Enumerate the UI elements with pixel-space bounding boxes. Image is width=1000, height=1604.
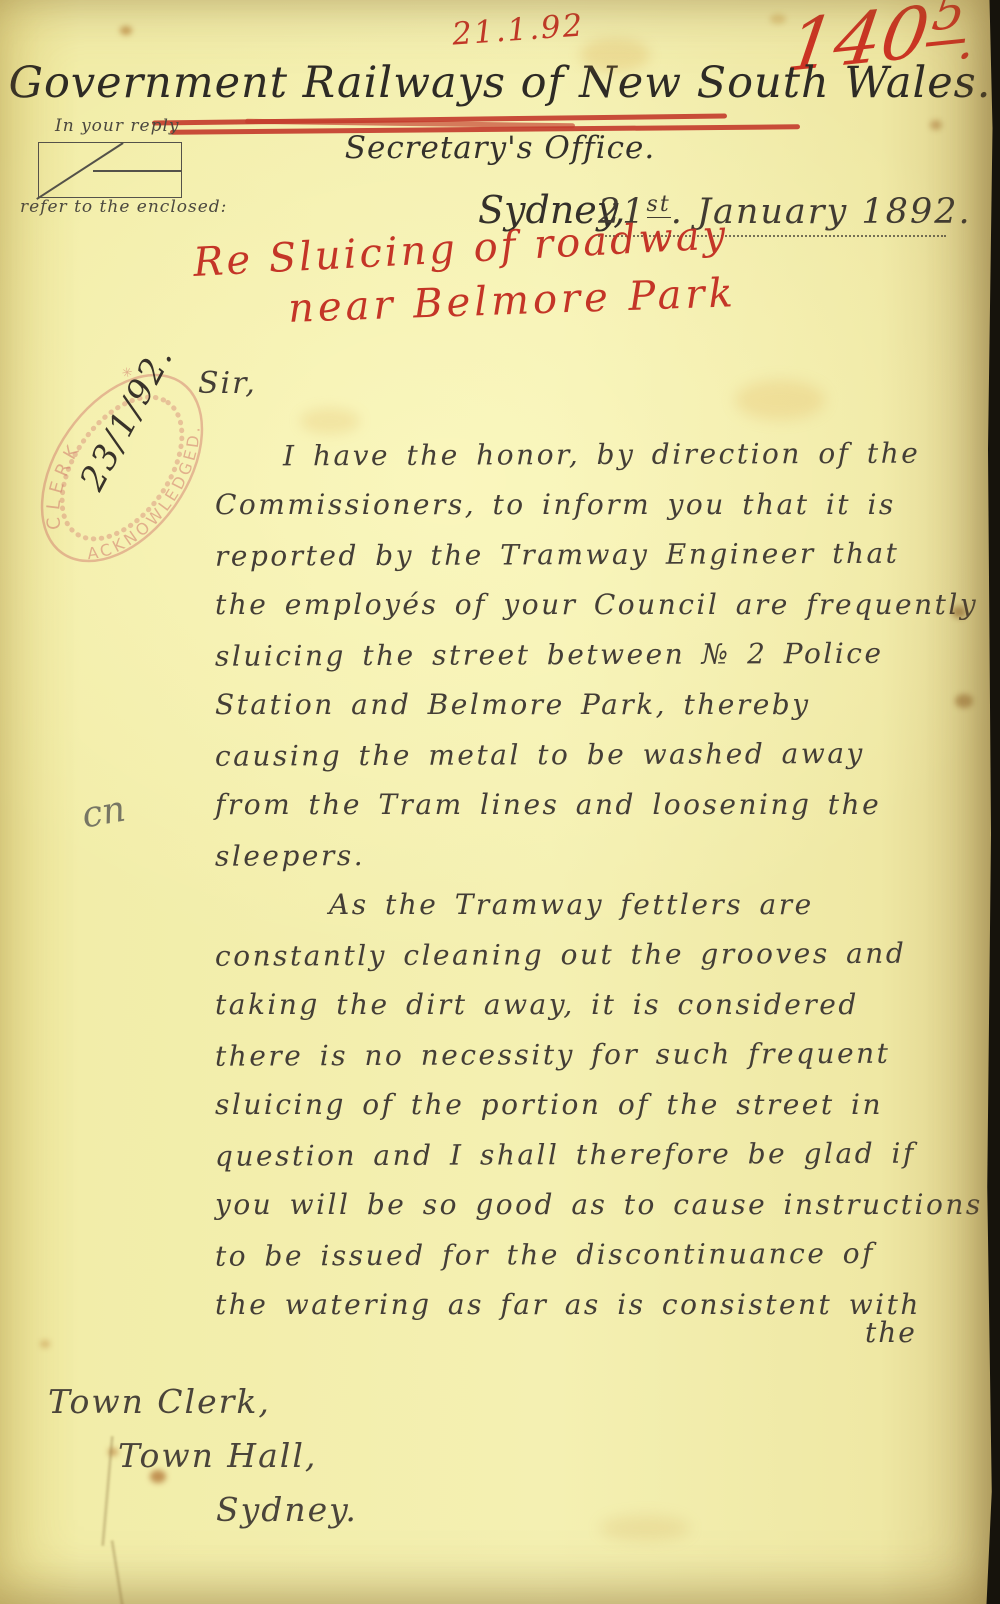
body-line: causing the metal to be washed away [215,728,995,781]
address-line-building: Town Hall, [118,1436,317,1475]
received-date-annotation: 21.1.92 [451,7,586,52]
body-line: As the Tramway fettlers are [215,880,995,930]
letterhead-organization: Government Railways of New South Wales. [0,58,1000,108]
stain [930,120,942,130]
salutation: Sir, [198,366,257,401]
body-line: there is no necessity for such frequent [215,1028,995,1081]
body-line: to be issued for the discontinuance of [215,1228,995,1281]
body-line: sluicing of the portion of the street in [215,1080,995,1130]
body-line: Commissioners, to inform you that it is [215,480,995,530]
body-line: question and I shall therefore be glad i… [215,1128,995,1181]
letter-body: I have the honor, by direction of the Co… [215,430,995,1330]
catchword: the [865,1316,917,1349]
letter-page: 21.1.92 1405. Government Railways of New… [0,0,1000,1604]
paper-tear [101,1436,114,1546]
body-line: taking the dirt away, it is considered [215,980,995,1030]
stain [40,1340,50,1348]
body-line: constantly cleaning out the grooves and [215,928,995,981]
stain [735,380,825,420]
reference-box [38,142,182,198]
margin-pencil-mark: cn [79,789,129,837]
body-line: you will be so good as to cause instruct… [215,1180,995,1230]
body-line: sluicing the street between № 2 Police [215,628,995,681]
reply-note-top: In your reply [55,116,180,136]
address-line-city: Sydney. [216,1490,358,1529]
body-line: Station and Belmore Park, thereby [215,680,995,730]
subject-line-2: near Belmore Park [287,270,737,332]
body-line: reported by the Tramway Engineer that [215,528,995,581]
stain [770,14,786,24]
date-ordinal: st [647,192,671,218]
stain [120,26,132,35]
reply-note-bottom: refer to the enclosed: [20,197,227,217]
body-line: I have the honor, by direction of the [215,428,995,481]
reference-box-middle-line [93,170,181,172]
stain [600,1515,690,1541]
body-line: from the Tram lines and loosening the [215,780,995,830]
paper-tear [111,1540,125,1604]
body-line: sleepers. [215,828,995,881]
body-line: the employés of your Council are frequen… [215,580,995,630]
address-line-recipient: Town Clerk, [48,1382,271,1421]
